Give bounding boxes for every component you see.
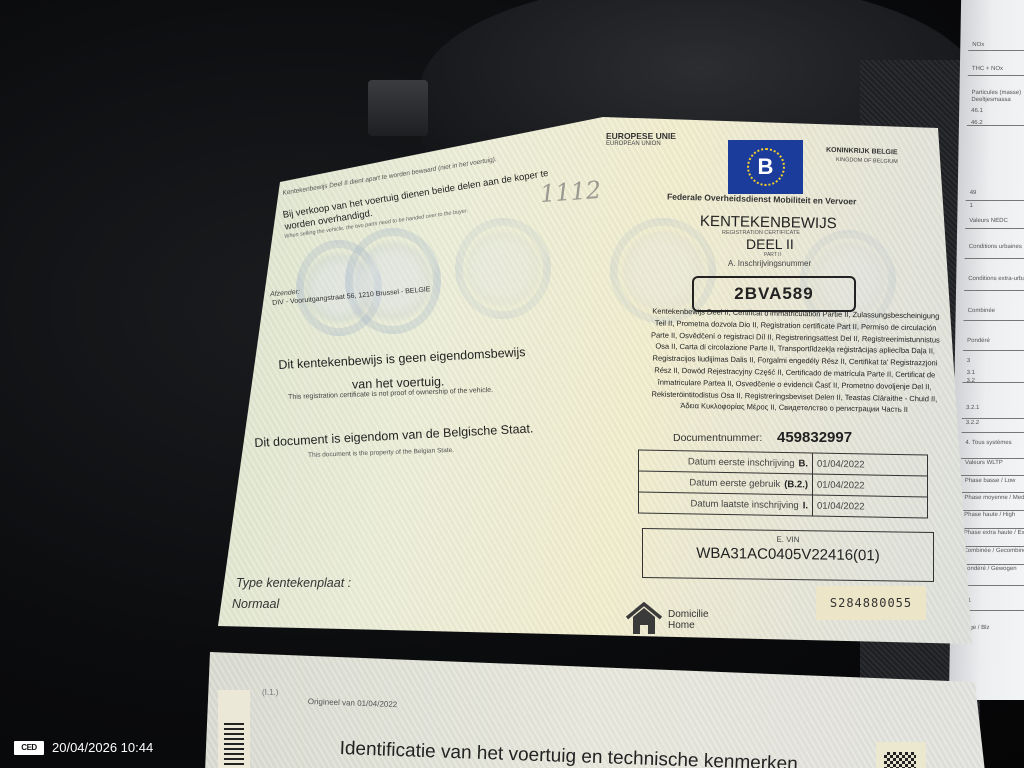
- handwritten-number: 1112: [539, 176, 602, 208]
- plate-label: A. Inschrijvingsnummer: [728, 259, 811, 268]
- eu-flag-icon: B: [728, 140, 803, 194]
- first-registration-date: 01/04/2022: [813, 453, 928, 476]
- home-icon: [625, 601, 663, 635]
- multilingual-names: Kentekenbewijs Deel II, Certificat d'imm…: [649, 305, 941, 416]
- first-use-date: 01/04/2022: [813, 474, 928, 497]
- table-row: Datum laatste inschrijvingI. 01/04/2022: [639, 492, 928, 518]
- wheel-watermark: [345, 228, 441, 334]
- section-code: (I.1.): [262, 688, 278, 697]
- vin-box: E. VIN WBA31AC0405V22416(01): [642, 528, 934, 582]
- camera-badge-icon: CED: [14, 741, 44, 755]
- plate-type-value: Normaal: [232, 597, 279, 611]
- eu-label: EUROPESE UNIE: [606, 131, 676, 141]
- document-number: 459832997: [777, 429, 852, 446]
- seatbelt-buckle: [368, 80, 428, 136]
- timestamp: 20/04/2026 10:44: [52, 740, 153, 755]
- camera-timestamp-overlay: CED 20/04/2026 10:44: [14, 740, 153, 755]
- wheel-watermark: [455, 218, 551, 319]
- datamatrix-code-icon: [876, 742, 926, 768]
- part-label-english: PART II: [764, 252, 781, 258]
- barcode-icon: [218, 690, 250, 768]
- document-number-label: Documentnummer:: [673, 432, 762, 444]
- home-label: Domicilie Home: [668, 609, 709, 631]
- last-registration-date: 01/04/2022: [813, 495, 928, 518]
- registration-dates-table: Datum eerste inschrijvingB. 01/04/2022 D…: [638, 449, 928, 518]
- eu-label-english: EUROPEAN UNION: [606, 141, 661, 147]
- plate-type-label: Type kentekenplaat :: [236, 576, 351, 590]
- serial-number: S284880055: [816, 586, 926, 620]
- part-label: DEEL II: [746, 236, 794, 252]
- vin-value: WBA31AC0405V22416(01): [643, 544, 933, 565]
